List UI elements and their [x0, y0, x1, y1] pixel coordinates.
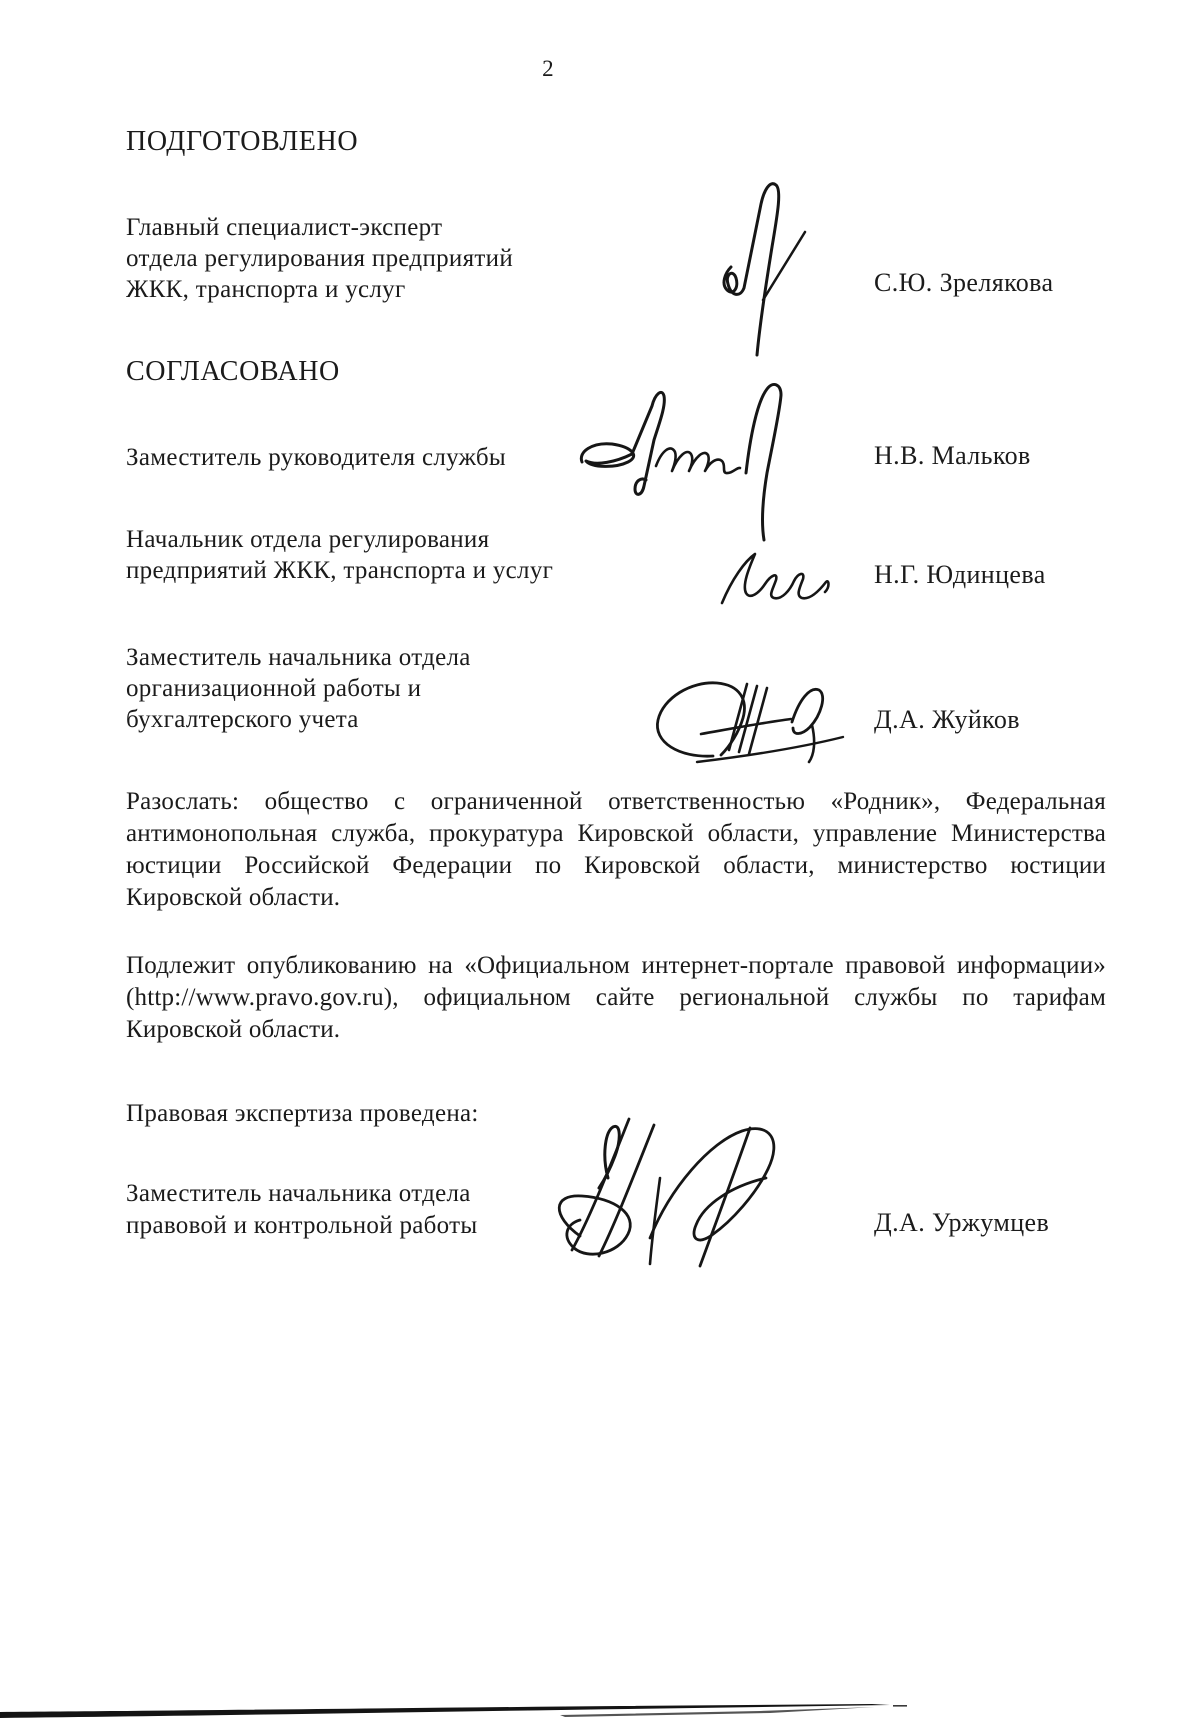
distribution-paragraph: Разослать: общество с ограниченной ответ… [126, 786, 1106, 914]
role-line: отдела регулирования предприятий [126, 243, 513, 274]
signatory-name: С.Ю. Зрелякова [874, 268, 1053, 298]
signatory-name: Н.В. Мальков [874, 441, 1031, 471]
signatory-name: Д.А. Жуйков [874, 705, 1020, 735]
legal-review-note: Правовая экспертиза проведена: [126, 1100, 479, 1128]
role-line: организационной работы и [126, 673, 471, 704]
role-line: Заместитель начальника отдела [126, 642, 471, 673]
role-line: Начальник отдела регулирования [126, 524, 553, 555]
signatory-role-zhuikov: Заместитель начальника отдела организаци… [126, 642, 471, 735]
approved-heading: СОГЛАСОВАНО [126, 356, 340, 388]
publication-paragraph: Подлежит опубликованию на «Официальном и… [126, 950, 1106, 1046]
urzhumtsev-signature-icon [508, 1116, 808, 1271]
role-line: бухгалтерского учета [126, 704, 471, 735]
signatory-name: Н.Г. Юдинцева [874, 560, 1046, 590]
malkov-signature-icon [576, 380, 806, 545]
signatory-role-zrelyakova: Главный специалист-эксперт отдела регули… [126, 212, 513, 305]
page-number: 2 [536, 56, 560, 82]
role-line: ЖКК, транспорта и услуг [126, 274, 513, 305]
scan-artifact-line [0, 1703, 920, 1721]
role-line: правовой и контрольной работы [126, 1210, 477, 1242]
signatory-name: Д.А. Уржумцев [874, 1208, 1049, 1238]
role-line: Заместитель начальника отдела [126, 1178, 477, 1210]
zrelyakova-signature-icon [716, 172, 811, 357]
role-line: предприятий ЖКК, транспорта и услуг [126, 555, 553, 586]
signatory-role-malkov: Заместитель руководителя службы [126, 442, 506, 473]
zhuikov-signature-icon [643, 670, 868, 765]
document-page: 2 ПОДГОТОВЛЕНО Главный специалист-экспер… [0, 0, 1200, 1721]
yudintseva-signature-icon [718, 543, 833, 608]
signatory-role-urzhumtsev: Заместитель начальника отдела правовой и… [126, 1178, 477, 1242]
prepared-heading: ПОДГОТОВЛЕНО [126, 126, 358, 158]
role-line: Главный специалист-эксперт [126, 212, 513, 243]
role-line: Заместитель руководителя службы [126, 442, 506, 473]
signatory-role-yudintseva: Начальник отдела регулирования предприят… [126, 524, 553, 586]
